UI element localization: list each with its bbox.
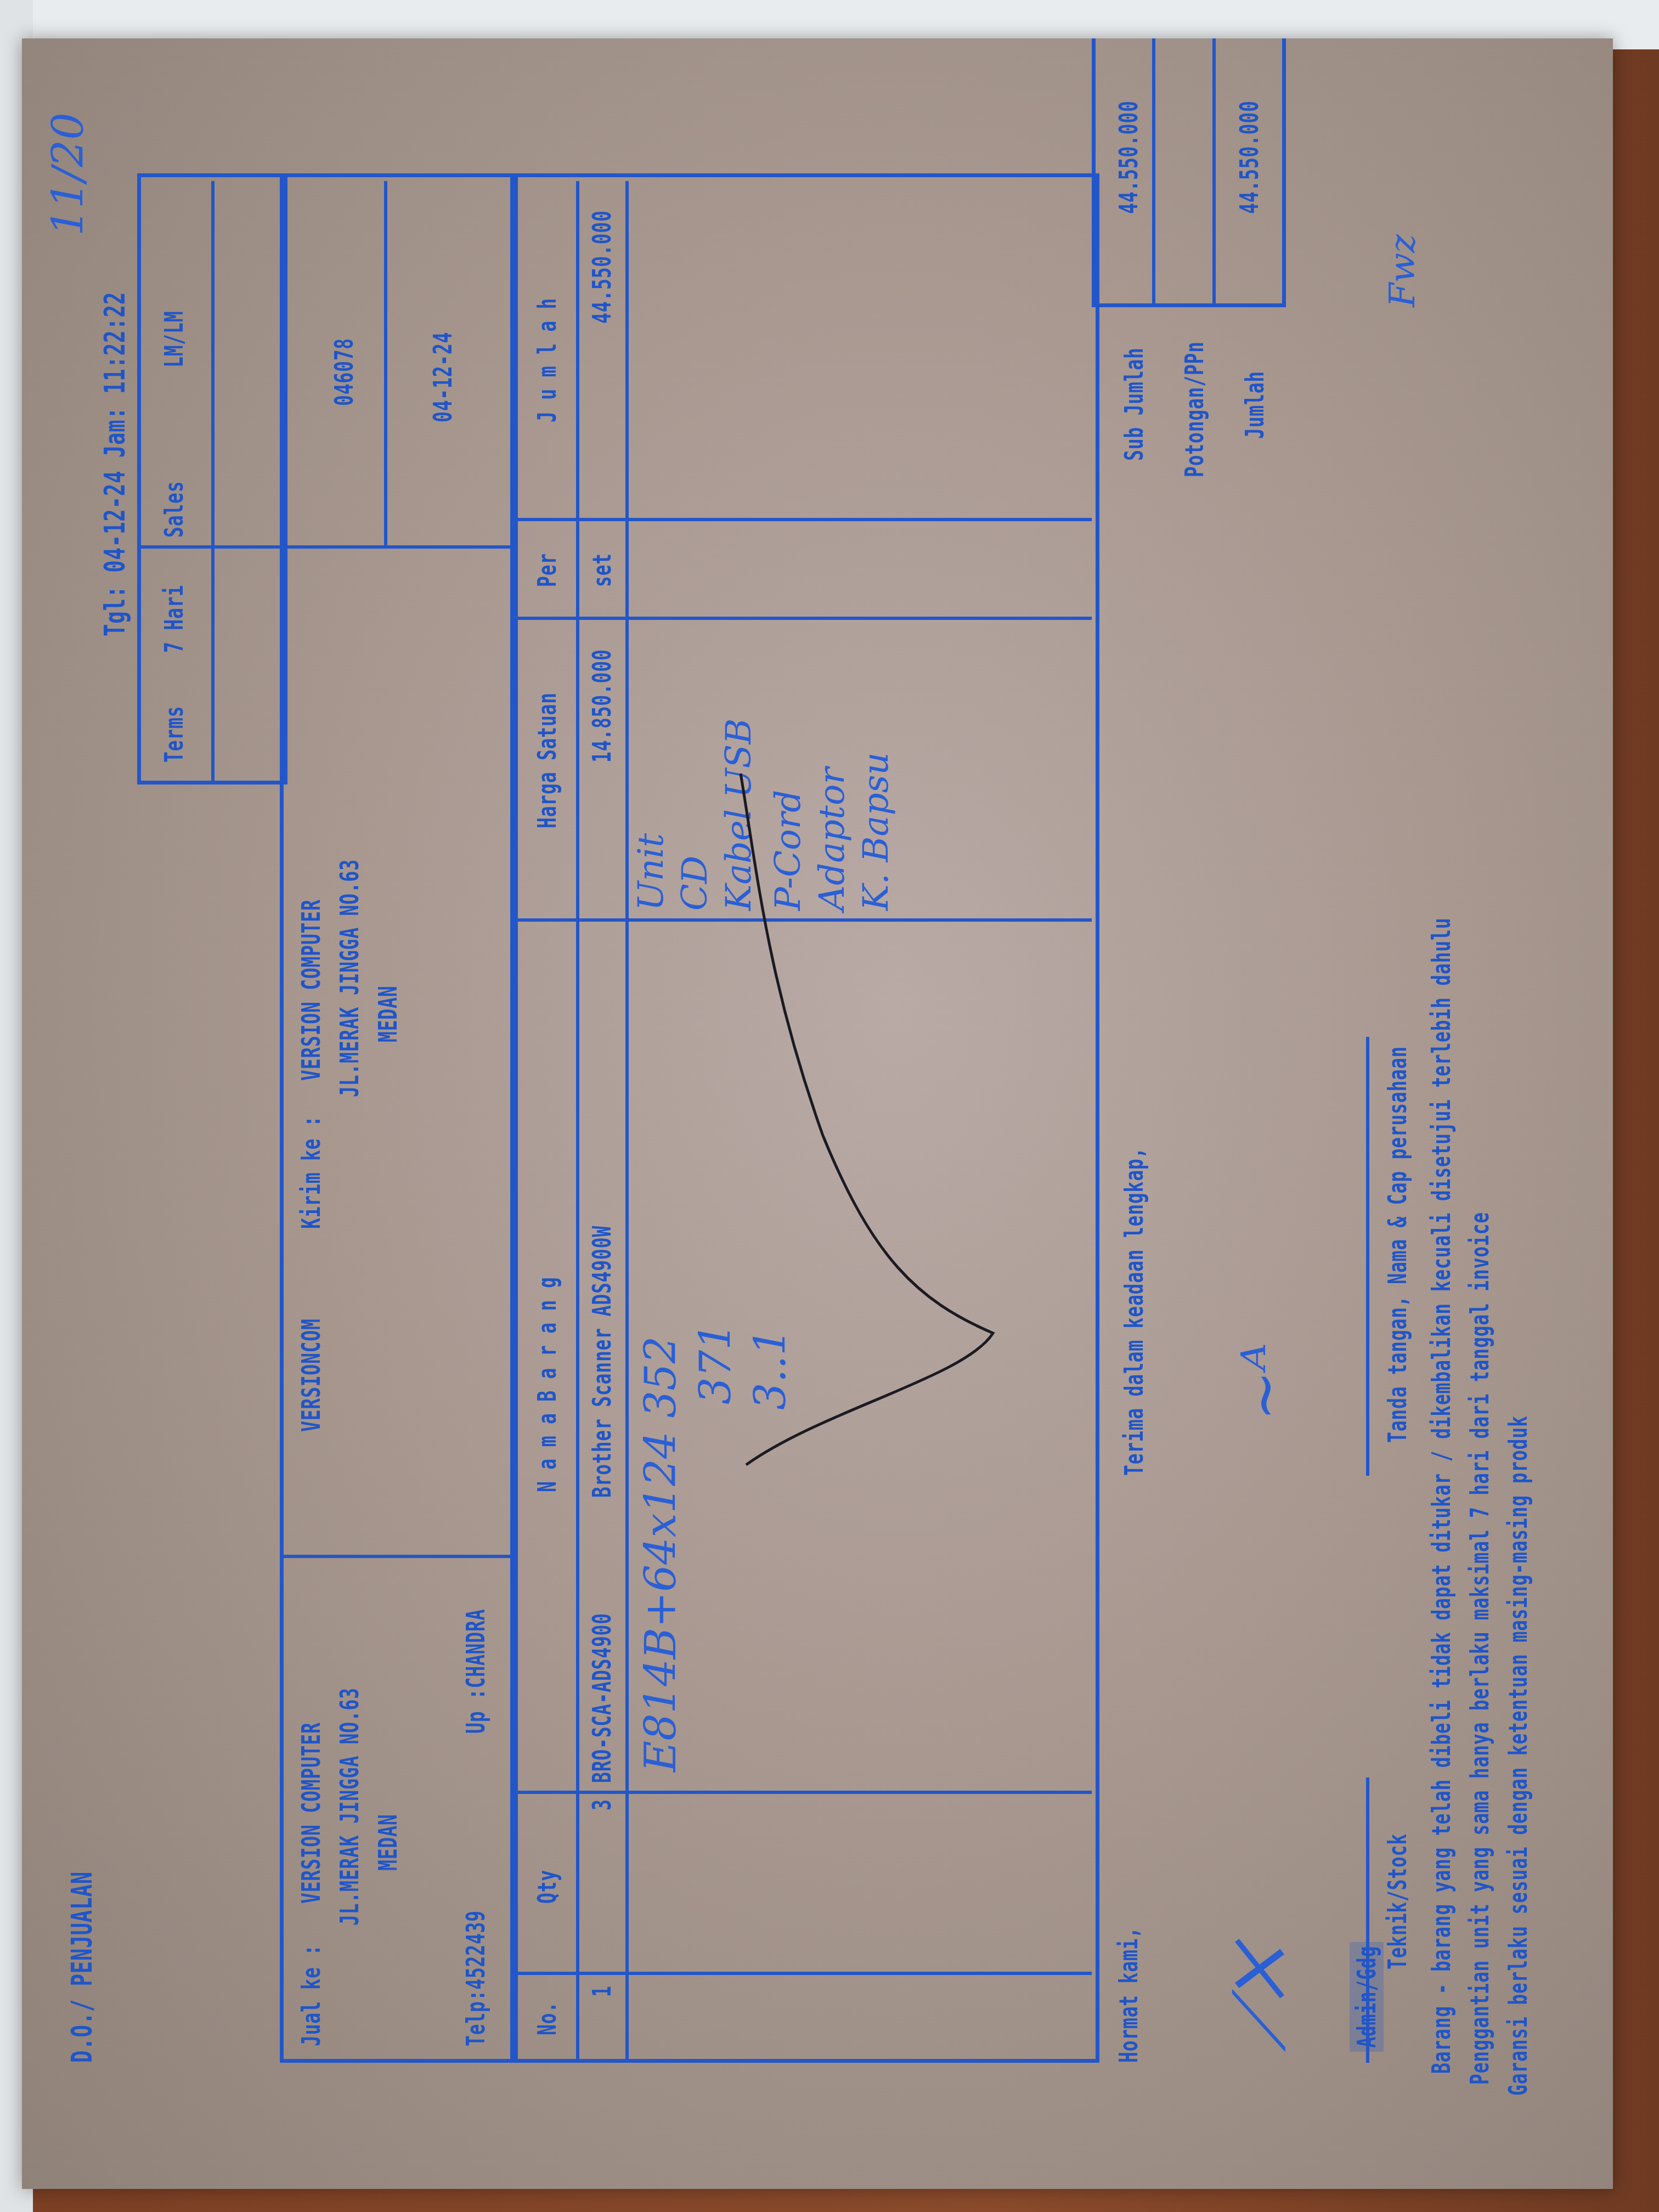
note-line-2: Penggantian unit yang sama hanya berlaku… [1465, 1212, 1494, 2085]
terms-value: 7 Hari [159, 585, 189, 653]
right-sign-caption: Tanda tangan, Nama & Cap perusahaan [1383, 1046, 1412, 1443]
ship-to-label: Kirim ke : [296, 1115, 326, 1229]
pen-stroke [735, 763, 1009, 1476]
total-label: Jumlah [1240, 371, 1269, 439]
handwritten-serial-2: 371 [691, 1323, 741, 1404]
handwritten-serial-1: E814B+64x124 352 [636, 1336, 686, 1772]
row-unit-price: 14.850.000 [587, 649, 617, 763]
col-header-unit-price: Harga Satuan [532, 692, 562, 828]
ship-to-address: JL.MERAK JINGGA NO.63 [335, 859, 364, 1097]
left-sign-caption: Teknik/Stock [1383, 1833, 1412, 1970]
sales-label: Sales [159, 481, 189, 538]
checklist-item: Unit [631, 833, 672, 911]
delivery-order-paper: D.O./ PENJUALAN Tgl: 04-12-24 Jam: 11:22… [22, 38, 1613, 2189]
discount-label: Potongan/PPn [1180, 341, 1209, 477]
subtotal-value: 44.550.000 [1114, 100, 1143, 214]
col-header-qty: Qty [532, 1870, 562, 1904]
note-line-3: Garansi berlaku sesuai dengan ketentuan … [1503, 1415, 1533, 2096]
col-header-amount: J u m l a h [532, 298, 562, 422]
invoice-number: 046078 [329, 338, 359, 406]
row-per: set [587, 553, 617, 587]
delivery-order-document: D.O./ PENJUALAN Tgl: 04-12-24 Jam: 11:22… [22, 38, 1613, 2189]
row-amount: 44.550.000 [587, 210, 617, 324]
sold-to-label: Jual ke : [296, 1944, 326, 2046]
invoice-date: 04-12-24 [428, 332, 458, 422]
checklist-item: CD [675, 856, 715, 911]
sold-to-city: MEDAN [373, 1814, 403, 1871]
regards-text: Hormat kami, [1114, 1927, 1143, 2063]
date-time-line: Tgl: 04-12-24 Jam: 11:22:22 [99, 292, 132, 636]
col-header-item-name: N a m a B a r a n g [532, 1277, 562, 1492]
subtotal-label: Sub Jumlah [1119, 347, 1149, 461]
total-value: 44.550.000 [1234, 100, 1264, 214]
col-header-no: No. [532, 2001, 562, 2035]
ship-to-name: VERSION COMPUTER [296, 899, 326, 1081]
sales-value: LM/LM [159, 311, 189, 368]
receiver-signature: ~ᴬ [1229, 1343, 1299, 1421]
document-title: D.O./ PENJUALAN [66, 1871, 99, 2063]
sold-to-name: VERSION COMPUTER [296, 1722, 326, 1904]
customer-code: VERSIONCOM [296, 1318, 326, 1432]
row-no: 1 [587, 1985, 617, 1997]
handwritten-corner-note: 11/20 [44, 112, 93, 236]
row-qty: 3 [587, 1799, 617, 1810]
row-item-code: BRO-SCA-ADS4900 [587, 1613, 617, 1783]
ship-to-city: MEDAN [373, 986, 403, 1042]
received-text: Terima dalam keadaan lengkap, [1119, 1147, 1149, 1476]
handwritten-initials: Fwz [1383, 234, 1423, 307]
telephone: Telp:4522439 [461, 1910, 490, 2046]
sender-signature: ⟋✕ [1218, 1948, 1302, 2052]
sold-to-address: JL.MERAK JINGGA NO.63 [335, 1688, 364, 1926]
attention: Up :CHANDRA [461, 1609, 490, 1734]
row-item-name: Brother Scanner ADS4900W [587, 1226, 617, 1498]
col-header-per: Per [532, 553, 562, 587]
terms-label: Terms [159, 706, 189, 763]
note-line-1: Barang - barang yang telah dibeli tidak … [1426, 918, 1456, 2074]
